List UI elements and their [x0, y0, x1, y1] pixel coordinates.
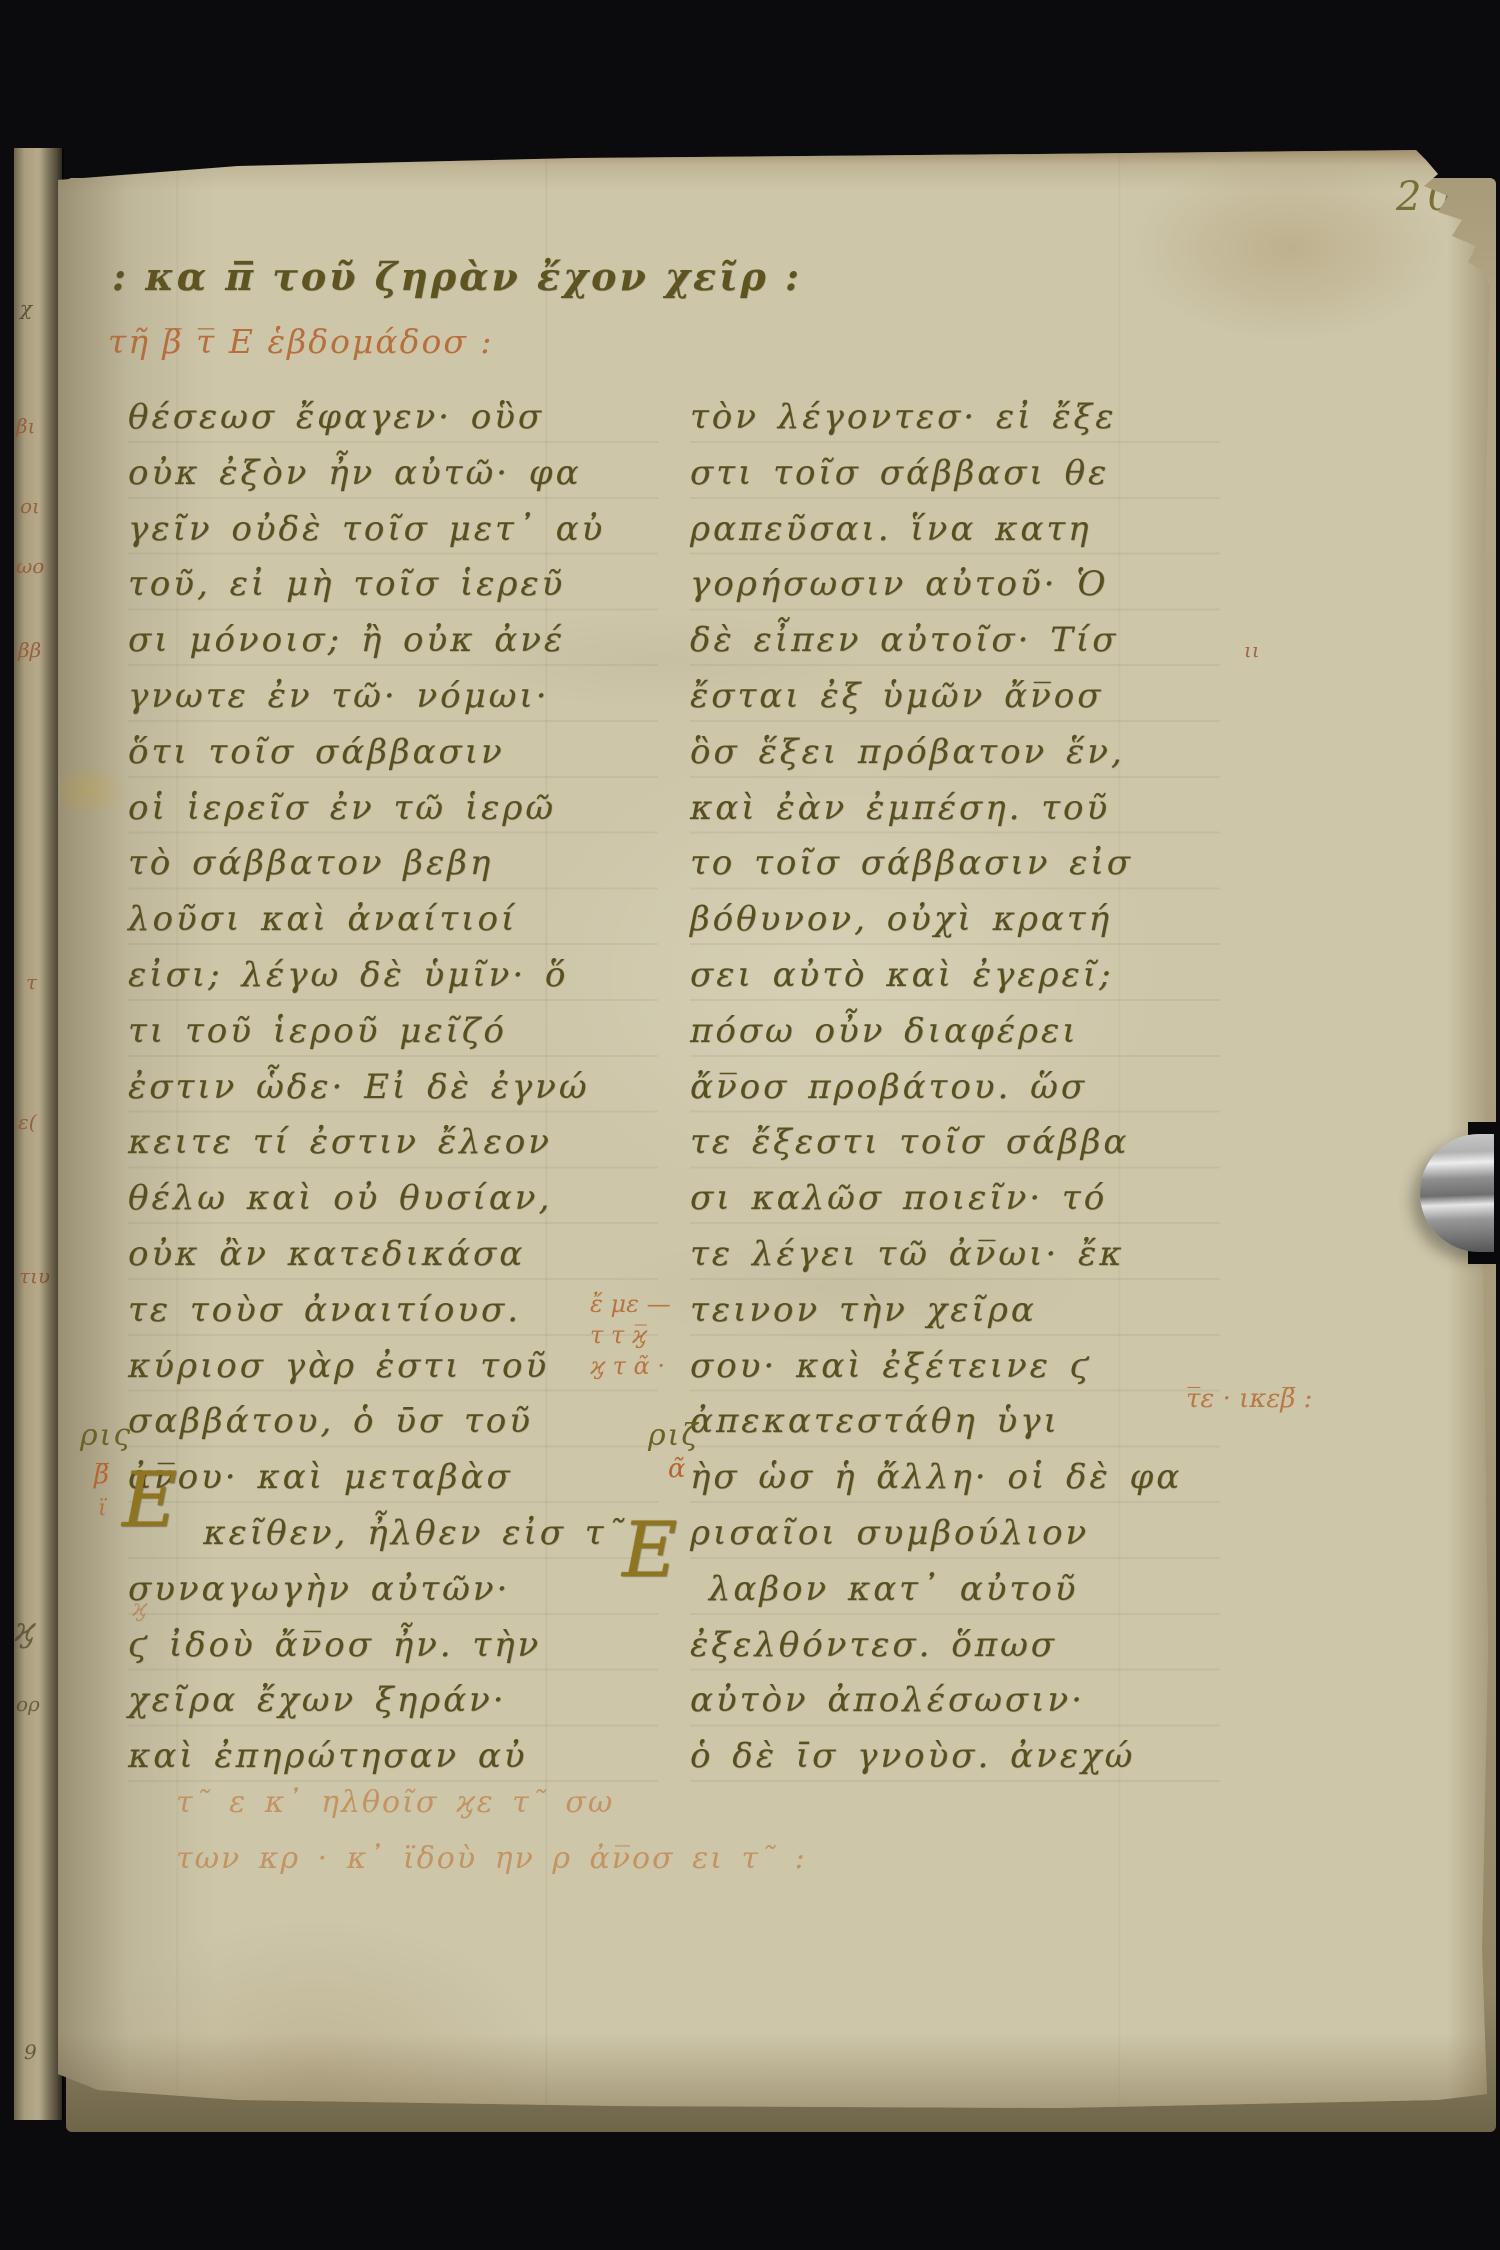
manuscript-line: ἐξελθόντεσ. ὅπωσ: [690, 1618, 1220, 1674]
manuscript-line: θέλω καὶ οὐ θυσίαν,: [128, 1171, 658, 1227]
manuscript-line: λαβον κατ᾽ αὐτοῦ: [690, 1562, 1220, 1618]
manuscript-line: λοῦσι καὶ ἀναίτιοί: [128, 892, 658, 948]
ammonian-section-number-mid: ριζ: [648, 1418, 700, 1453]
manuscript-line: θέσεωσ ἔφαγεν· οὓσ: [128, 390, 658, 446]
text-column-right: τὸν λέγοντεσ· εἰ ἔξεστι τοῖσ σάββασι θερ…: [690, 390, 1220, 1785]
lection-rubric: τῆ β̅ τ̅ Ε ἑβδομάδοσ :: [108, 322, 588, 361]
manuscript-line: καὶ ἐπηρώτησαν αὐ: [128, 1729, 658, 1785]
manuscript-line: τε λέγει τῶ ἀν̅ωι· ἔκ: [690, 1227, 1220, 1283]
manuscript-line: ὁ δὲ ῑσ γνοὺσ. ἀνεχώ: [690, 1729, 1220, 1785]
manuscript-line: γορήσωσιν αὐτοῦ· Ὁ: [690, 557, 1220, 613]
manuscript-line: εἰσι; λέγω δὲ ὑμῖν· ὅ: [128, 948, 658, 1004]
small-margin-mark: ιι: [1244, 638, 1260, 662]
manuscript-line: συναγωγὴν αὐτῶν·: [128, 1562, 658, 1618]
manuscript-line: καὶ ἐὰν ἐμπέση. τοῦ: [690, 781, 1220, 837]
manuscript-line: ἔσται ἐξ ὑμῶν ἄν̅οσ: [690, 669, 1220, 725]
facing-page-text-fragment: βι: [16, 414, 35, 438]
text-column-left: θέσεωσ ἔφαγεν· οὓσοὐκ ἐξὸν ἦν αὐτῶ· φαγε…: [128, 390, 658, 1785]
manuscript-line: γνωτε ἐν τῶ· νόμωι·: [128, 669, 658, 725]
manuscript-line: κειτε τί ἐστιν ἔλεον: [128, 1115, 658, 1171]
manuscript-line: τὸν λέγοντεσ· εἰ ἔξε: [690, 390, 1220, 446]
manuscript-line: ὃσ ἕξει πρόβατον ἕν,: [690, 725, 1220, 781]
manuscript-line: ραπεῦσαι. ἵνα κατη: [690, 502, 1220, 558]
eusebian-canon-number-left: β̅: [94, 1460, 109, 1490]
manuscript-line: κεῖθεν, ἦλθεν εἰσ τ῀: [128, 1506, 658, 1562]
lection-end-mark-right: τ̅ε · ικεβ̅ :: [1186, 1384, 1312, 1414]
manuscript-line: κύριοσ γὰρ ἐστι τοῦ: [128, 1339, 658, 1395]
manuscript-line: οὐκ ἐξὸν ἦν αὐτῶ· φα: [128, 446, 658, 502]
manuscript-line: τεινον τὴν χεῖρα: [690, 1283, 1220, 1339]
manuscript-line: οἱ ἱερεῖσ ἐν τῶ ἱερῶ: [128, 781, 658, 837]
lection-mark: τ τ ϗ̅: [590, 1321, 671, 1349]
manuscript-page: 20 : κα π̅ τοῦ ζηρὰν ἔχον χεῖρ : τῆ β̅ τ…: [58, 150, 1490, 2112]
manuscript-line: πόσω οὖν διαφέρει: [690, 1004, 1220, 1060]
facing-page-text-fragment: 9: [24, 2040, 37, 2064]
manuscript-line: το τοῖσ σάββασιν εἰσ: [690, 836, 1220, 892]
manuscript-line: τὸ σάββατον βεβη: [128, 836, 658, 892]
manuscript-line: αὐτὸν ἀπολέσωσιν·: [690, 1673, 1220, 1729]
facing-page-text-fragment: ορ: [16, 1692, 40, 1716]
manuscript-line: τι τοῦ ἱεροῦ μεῖζό: [128, 1004, 658, 1060]
manuscript-line: σαββάτου, ὁ ῡσ τοῦ: [128, 1394, 658, 1450]
manuscript-line: γεῖν οὐδὲ τοῖσ μετ᾽ αὐ: [128, 502, 658, 558]
lection-mark: ἔ με —: [590, 1290, 671, 1318]
manuscript-line: βόθυνον, οὐχὶ κρατή: [690, 892, 1220, 948]
manuscript-line: δὲ εἶπεν αὐτοῖσ· Τίσ: [690, 613, 1220, 669]
canon-tick-left: ϊ: [98, 1496, 107, 1521]
manuscript-line: τε ἔξεστι τοῖσ σάββα: [690, 1115, 1220, 1171]
manuscript-line: σι μόνοισ; ἢ οὐκ ἀνέ: [128, 613, 658, 669]
ammonian-section-number-left: ρις: [80, 1418, 132, 1453]
faint-red-mark-left: ϗ: [132, 1594, 147, 1622]
initial-epsilon-right: Ε: [622, 1512, 677, 1588]
manuscript-line: τε τοὺσ ἀναιτίουσ.: [128, 1283, 658, 1339]
manuscript-line: οὐκ ἂν κατεδικάσα: [128, 1227, 658, 1283]
manuscript-line: ἄν̅οσ προβάτου. ὥσ: [690, 1060, 1220, 1116]
manuscript-line: ἀν̅ου· καὶ μεταβὰσ: [128, 1450, 658, 1506]
manuscript-line: τοῦ, εἰ μὴ τοῖσ ἱερεῦ: [128, 557, 658, 613]
facing-page-text-fragment: οι: [20, 494, 40, 518]
manuscript-line: ὅτι τοῖσ σάββασιν: [128, 725, 658, 781]
manuscript-line: ὴσ ὡσ ἡ ἄλλη· οἱ δὲ φα: [690, 1450, 1220, 1506]
photograph-background: χβιοιωοββτε(τιυϗορ9 20 : κα π̅ τοῦ ζηρὰν…: [0, 0, 1500, 2250]
manuscript-line: ϛ ἰδοὺ ἄν̅οσ ἦν. τὴν: [128, 1618, 658, 1674]
facing-page-text-fragment: ϗ: [14, 1610, 35, 1650]
bottom-lection-note-line: των κρ · κ᾽ ϊδοὺ ην ρ ἀν̅οσ ει τ῀ :: [176, 1834, 807, 1884]
manuscript-line: σου· καὶ ἐξέτεινε ϛ: [690, 1339, 1220, 1395]
manuscript-line: ἐστιν ὧδε· Εἰ δὲ ἐγνώ: [128, 1060, 658, 1116]
lection-mark: ϗ τ ᾶ ·: [590, 1352, 671, 1380]
bottom-lection-note: τ῀ ε κ᾽ ηλθοῖσ ϗε τ῀ σωτων κρ · κ᾽ ϊδοὺ …: [176, 1778, 807, 1884]
manuscript-line: στι τοῖσ σάββασι θε: [690, 446, 1220, 502]
manuscript-line: χεῖρα ἔχων ξηράν·: [128, 1673, 658, 1729]
facing-page-text-fragment: χ: [20, 296, 32, 320]
initial-epsilon-left: Ε: [122, 1462, 177, 1538]
bottom-lection-note-line: τ῀ ε κ᾽ ηλθοῖσ ϗε τ῀ σω: [176, 1778, 807, 1828]
facing-page-text-fragment: ε(: [18, 1110, 37, 1134]
lection-start-marks: ἔ με —τ τ ϗ̅ϗ τ ᾶ ·: [590, 1290, 671, 1380]
eusebian-canon-number-mid: ᾶ: [668, 1454, 686, 1484]
manuscript-line: ρισαῖοι συμβούλιον: [690, 1506, 1220, 1562]
kephalaion-title: : κα π̅ τοῦ ζηρὰν ἔχον χεῖρ :: [112, 254, 712, 299]
manuscript-line: ἀπεκατεστάθη ὑγι: [690, 1394, 1220, 1450]
facing-page-text-fragment: τ: [26, 970, 37, 994]
manuscript-line: σει αὐτὸ καὶ ἐγερεῖ;: [690, 948, 1220, 1004]
manuscript-line: σι καλῶσ ποιεῖν· τό: [690, 1171, 1220, 1227]
